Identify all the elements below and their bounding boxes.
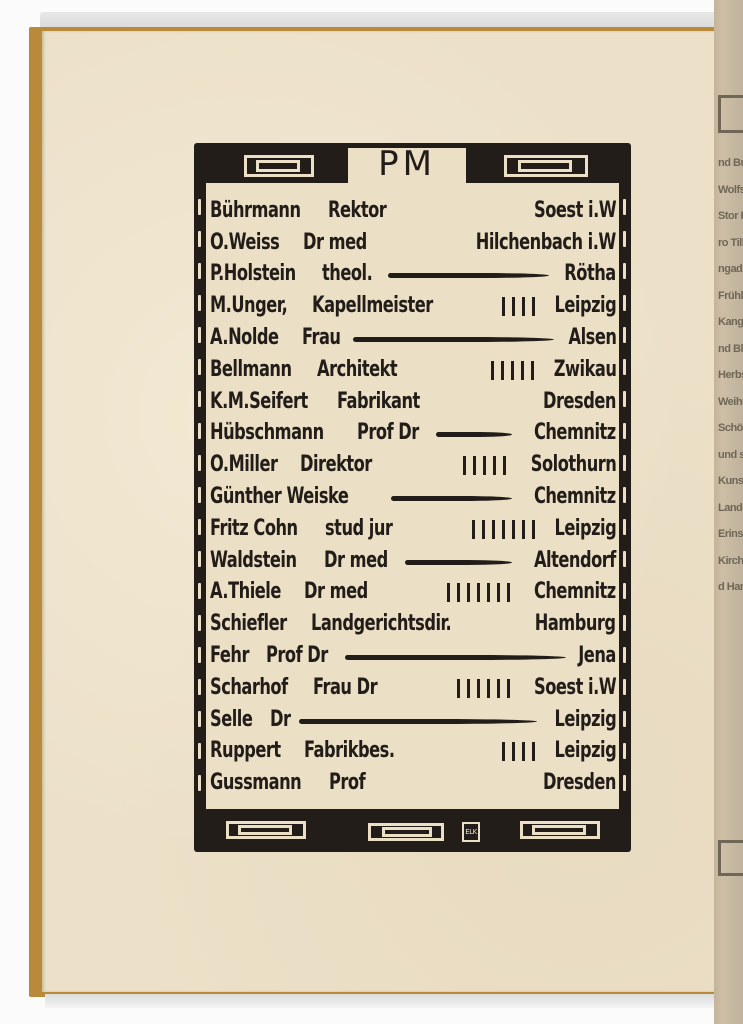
bar-mark (477, 583, 480, 602)
person-title: Dr (270, 707, 291, 733)
person-name: M.Unger, (210, 293, 287, 319)
rail-slot (198, 455, 201, 471)
header-ornament-band: PM (194, 143, 631, 183)
bar-mark (487, 679, 490, 698)
footer-ornament-band: ELK (194, 809, 631, 852)
person-title: Direktor (300, 452, 372, 478)
rail-slot (623, 231, 626, 247)
person-name: Fehr (210, 643, 249, 669)
right-rail (619, 191, 631, 801)
city-name: Chemnitz (534, 579, 616, 605)
person-title: Prof Dr (266, 643, 328, 669)
person-name: A.Nolde (210, 325, 279, 351)
rail-slot (623, 327, 626, 343)
bar-mark (501, 361, 504, 380)
bar-filler (386, 579, 512, 605)
rail-slot (623, 679, 626, 695)
bar-mark (503, 456, 506, 475)
rail-slot (198, 391, 201, 407)
page-shadow-bottom (45, 994, 715, 1008)
person-title: Dr med (303, 230, 367, 256)
meander-ornament-right (466, 151, 618, 181)
rail-slot (623, 263, 626, 279)
adjacent-page-line: Land-H (718, 495, 743, 522)
bar-filler (411, 516, 537, 542)
bar-mark (447, 583, 450, 602)
adjacent-page-line: Wolfsbet (718, 177, 743, 204)
bar-mark (531, 361, 534, 380)
bar-mark (522, 520, 525, 539)
adjacent-page-line: Kang (718, 309, 743, 336)
rail-slot (623, 455, 626, 471)
left-rail (194, 191, 206, 801)
rail-slot (623, 551, 626, 567)
name-list: BührmannRektorSoest i.WO.WeissDr medHilc… (210, 192, 616, 796)
city-name: Chemnitz (534, 420, 616, 446)
rail-slot (623, 199, 626, 215)
rail-slot (198, 583, 201, 599)
meander-ornament-bottom-center (362, 815, 454, 845)
city-name: Soest i.W (534, 198, 616, 224)
person-title: stud jur (325, 516, 392, 542)
rail-slot (198, 199, 201, 215)
list-item: ScharhofFrau DrSoest i.W (210, 669, 616, 701)
adjacent-page-line: Herbst (718, 362, 743, 389)
city-name: Leipzig (554, 293, 616, 319)
person-name: O.Miller (210, 452, 277, 478)
rail-slot (623, 615, 626, 631)
person-name: Ruppert (210, 738, 281, 764)
bar-mark (502, 742, 505, 761)
rail-slot (623, 711, 626, 727)
city-name: Rötha (565, 261, 616, 287)
list-item: K.M.SeifertFabrikantDresden (210, 383, 616, 415)
bar-mark (457, 583, 460, 602)
rail-slot (198, 359, 201, 375)
rail-slot (198, 775, 201, 791)
dash-filler (405, 548, 512, 574)
city-name: Altendorf (534, 548, 616, 574)
rail-slot (198, 231, 201, 247)
bar-mark (502, 520, 505, 539)
bar-mark (522, 297, 525, 316)
adjacent-page-line: und s (718, 442, 743, 469)
person-name: Selle (210, 707, 252, 733)
list-item: FehrProf DrJena (210, 637, 616, 669)
person-title: Frau (302, 325, 340, 351)
person-name: Bellmann (210, 357, 292, 383)
spacer (377, 770, 523, 796)
woodcut-print: PM BührmannRektorSoest i.WO.WeissDr medH… (194, 143, 631, 852)
adjacent-page-line: d Harn (718, 574, 743, 601)
rail-slot (623, 775, 626, 791)
person-name: Scharhof (210, 675, 288, 701)
name-list-panel: BührmannRektorSoest i.WO.WeissDr medHilc… (206, 183, 619, 809)
rail-slot (198, 711, 201, 727)
bar-mark (492, 520, 495, 539)
adjacent-page-line: Weihn (718, 389, 743, 416)
person-title: Rektor (328, 198, 386, 224)
person-title: theol. (322, 261, 372, 287)
adjacent-page-line: nd Buch (718, 150, 743, 177)
person-name: P.Holstein (210, 261, 296, 287)
person-title: Prof (329, 770, 365, 796)
dash-filler (345, 643, 566, 669)
rail-slot (623, 743, 626, 759)
rail-slot (198, 519, 201, 535)
bar-filler (419, 357, 535, 383)
person-title: Fabrikant (337, 389, 420, 415)
adjacent-page-line: Kunst (718, 468, 743, 495)
person-title: Fabrikbes. (304, 738, 395, 764)
city-name: Leipzig (554, 516, 616, 542)
adjacent-page-ornament-bottom (718, 840, 743, 876)
bar-filler (392, 452, 508, 478)
bar-mark (532, 297, 535, 316)
bar-filler (419, 738, 537, 764)
bar-mark (487, 583, 490, 602)
meander-ornament-left (212, 151, 340, 181)
dash-filler (299, 707, 537, 733)
bar-mark (497, 679, 500, 698)
bar-mark (473, 456, 476, 475)
bar-mark (472, 520, 475, 539)
person-name: O.Weiss (210, 230, 279, 256)
bar-mark (457, 679, 460, 698)
bar-mark (483, 456, 486, 475)
bar-mark (491, 361, 494, 380)
bar-mark (482, 520, 485, 539)
list-item: M.Unger,KapellmeisterLeipzig (210, 287, 616, 319)
list-item: Günther WeiskeChemnitz (210, 478, 616, 510)
person-title: Dr med (324, 548, 388, 574)
list-item: O.WeissDr medHilchenbach i.W (210, 224, 616, 256)
city-name: Chemnitz (534, 484, 616, 510)
adjacent-page-line: Stor H (718, 203, 743, 230)
person-name: Günther Weiske (210, 484, 348, 510)
bar-mark (467, 679, 470, 698)
artist-monogram: ELK (462, 822, 480, 842)
bar-mark (512, 520, 515, 539)
person-name: Gussmann (210, 770, 301, 796)
spacer (384, 230, 441, 256)
bar-filler (464, 293, 537, 319)
list-item: A.ThieleDr medChemnitz (210, 574, 616, 606)
bar-mark (463, 456, 466, 475)
list-item: GussmannProfDresden (210, 764, 616, 796)
person-name: Schiefler (210, 611, 287, 637)
meander-ornament-bottom-left (208, 815, 328, 845)
meander-ornament-bottom-right (500, 815, 618, 845)
person-title: Architekt (317, 357, 397, 383)
adjacent-page-line: ngadzu (718, 256, 743, 283)
rail-slot (623, 647, 626, 663)
rail-slot (198, 295, 201, 311)
rail-slot (623, 391, 626, 407)
city-name: Solothurn (530, 452, 616, 478)
rail-slot (623, 487, 626, 503)
rail-slot (198, 551, 201, 567)
spacer (403, 198, 511, 224)
rail-slot (623, 519, 626, 535)
bar-mark (493, 456, 496, 475)
bar-mark (521, 361, 524, 380)
city-name: Jena (578, 643, 616, 669)
city-name: Hilchenbach i.W (476, 230, 616, 256)
adjacent-page-line: Frühlings (718, 283, 743, 310)
bar-mark (522, 742, 525, 761)
rail-slot (198, 647, 201, 663)
spacer (442, 389, 523, 415)
city-name: Dresden (543, 389, 616, 415)
bar-mark (502, 297, 505, 316)
bar-mark (532, 742, 535, 761)
list-item: WaldsteinDr medAltendorf (210, 542, 616, 574)
adjacent-page-line: ro Tillba (718, 230, 743, 257)
adjacent-page-ornament-top (718, 95, 743, 133)
adjacent-page-strip: nd BuchWolfsbetStor Hro TillbangadzuFrüh… (714, 0, 743, 1024)
person-name: Hübschmann (210, 420, 324, 446)
person-name: Fritz Cohn (210, 516, 298, 542)
dash-filler (391, 484, 513, 510)
rail-slot (198, 679, 201, 695)
list-item: SelleDrLeipzig (210, 701, 616, 733)
dash-filler (353, 325, 554, 351)
adjacent-page-line: Schöpfer (718, 415, 743, 442)
city-name: Hamburg (535, 611, 616, 637)
rail-slot (198, 487, 201, 503)
person-title: Prof Dr (357, 420, 419, 446)
rail-slot (623, 583, 626, 599)
rail-slot (198, 263, 201, 279)
person-name: K.M.Seifert (210, 389, 308, 415)
rail-slot (198, 327, 201, 343)
city-name: Leipzig (554, 738, 616, 764)
list-item: P.Holsteintheol.Rötha (210, 256, 616, 288)
bar-mark (477, 679, 480, 698)
list-item: Fritz Cohnstud jurLeipzig (210, 510, 616, 542)
city-name: Dresden (543, 770, 616, 796)
spacer (486, 611, 513, 637)
bar-mark (507, 679, 510, 698)
bar-mark (511, 361, 514, 380)
rail-slot (623, 423, 626, 439)
list-item: A.NoldeFrauAlsen (210, 319, 616, 351)
bar-mark (512, 297, 515, 316)
book-scan: nd BuchWolfsbetStor Hro TillbangadzuFrüh… (0, 0, 743, 1024)
rail-slot (198, 743, 201, 759)
person-title: Dr med (304, 579, 368, 605)
city-name: Leipzig (554, 707, 616, 733)
bar-mark (467, 583, 470, 602)
person-title: Landgerichtsdir. (311, 611, 451, 637)
list-item: RuppertFabrikbes.Leipzig (210, 733, 616, 765)
adjacent-page-text: nd BuchWolfsbetStor Hro TillbangadzuFrüh… (718, 150, 743, 601)
list-item: O.MillerDirektorSolothurn (210, 446, 616, 478)
bar-filler (395, 675, 512, 701)
person-title: Frau Dr (313, 675, 377, 701)
bar-mark (532, 520, 535, 539)
rail-slot (623, 359, 626, 375)
person-name: A.Thiele (210, 579, 281, 605)
rail-slot (198, 615, 201, 631)
rail-slot (623, 295, 626, 311)
adjacent-page-line: Kirchne (718, 548, 743, 575)
dash-filler (436, 420, 512, 446)
city-name: Alsen (568, 325, 616, 351)
bar-mark (507, 583, 510, 602)
dash-filler (388, 261, 549, 287)
bar-mark (497, 583, 500, 602)
person-title: Kapellmeister (312, 293, 433, 319)
rail-slot (198, 423, 201, 439)
person-name: Waldstein (210, 548, 297, 574)
print-title: PM (348, 145, 466, 183)
list-item: BellmannArchitektZwikau (210, 351, 616, 383)
person-name: Bührmann (210, 198, 301, 224)
city-name: Soest i.W (534, 675, 616, 701)
city-name: Zwikau (553, 357, 616, 383)
list-item: HübschmannProf DrChemnitz (210, 415, 616, 447)
adjacent-page-line: nd Bloss (718, 336, 743, 363)
bar-mark (512, 742, 515, 761)
list-item: SchieflerLandgerichtsdir.Hamburg (210, 605, 616, 637)
adjacent-page-line: Erinst (718, 521, 743, 548)
list-item: BührmannRektorSoest i.W (210, 192, 616, 224)
